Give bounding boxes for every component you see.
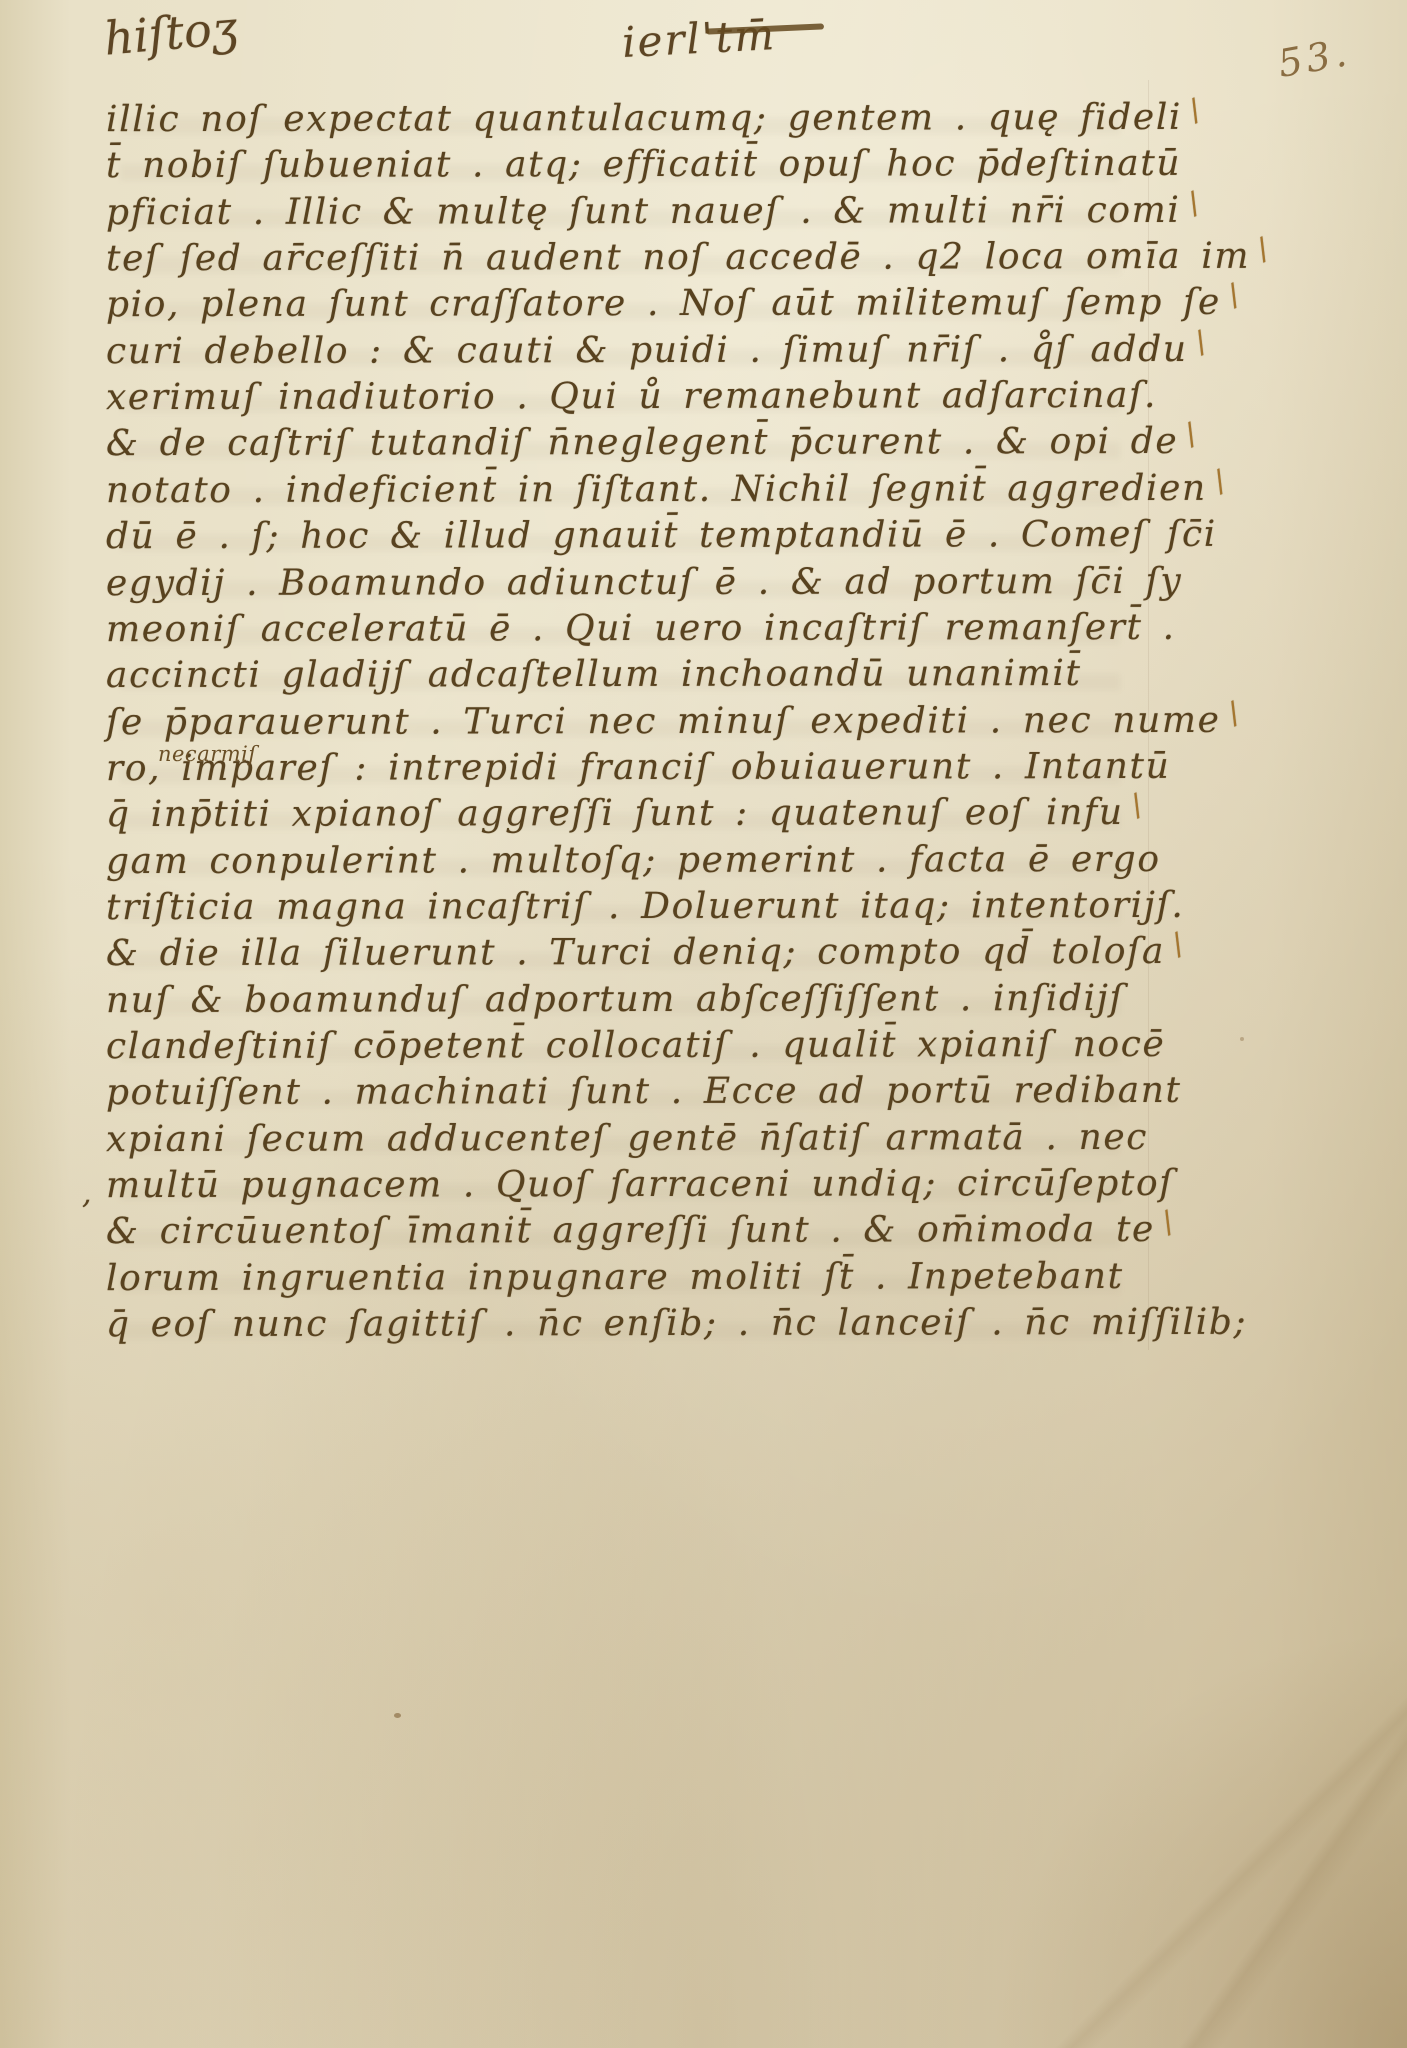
manuscript-line-text: ro, impareſ : intrepidi franciſ obuiauer… [106,746,1170,789]
manuscript-line: potuiſſent . machinati ſunt . Ecce ad po… [106,1068,1182,1116]
manuscript-line-text: q̄ eoſ nunc ſagittiſ . n̄c enſib; . n̄c … [106,1302,1247,1345]
manuscript-line-text: notato . indeficient̄ in ſiſtant. Nichil… [106,468,1207,511]
manuscript-line-text: & die illa ſiluerunt . Turci deniq; comp… [106,931,1165,974]
manuscript-line: lorum ingruentia inpugnare moliti ſt̄ . … [106,1254,1124,1302]
manuscript-line-text: gam conpulerint . multoſq; pemerint . fa… [106,838,1161,881]
interlinear-addition: necarmiſ [158,731,257,777]
manuscript-line: notato . indeficient̄ in ſiſtant. Nichil… [106,466,1231,516]
manuscript-line: egydij . Boamundo adiunctuſ ē . & ad por… [106,558,1182,606]
manuscript-line: pficiat . Illic & multę ſunt naueſ . & m… [106,188,1204,238]
manuscript-line: meoniſ acceleratū ē . Qui uero incaſtriſ… [106,605,1176,653]
manuscript-line: triſticia magna incaſtriſ . Doluerunt it… [106,883,1185,931]
manuscript-line: clandeſtiniſ cōpetent̄ collocatiſ . qual… [106,1022,1166,1070]
manuscript-line-text: pficiat . Illic & multę ſunt naueſ . & m… [106,190,1181,233]
manuscript-line-text: clandeſtiniſ cōpetent̄ collocatiſ . qual… [106,1024,1166,1067]
parchment-speck [1240,1037,1244,1041]
manuscript-line: accincti gladijſ adcaſtellum inchoandū u… [106,651,1082,699]
manuscript-line: q̄ inp̄titi xpianoſ aggreſſi ſunt : quat… [106,790,1147,840]
manuscript-line-text: lorum ingruentia inpugnare moliti ſt̄ . … [106,1256,1124,1299]
manuscript-line: illic noſ expectat quantulacumq; gentem … [106,95,1206,145]
manuscript-line: nuſ & boamunduſ adportum abſceſſiſſent .… [106,976,1124,1024]
parchment-page: hiſtoʒ ierl'tm̄ 53. illic noſ expectat q… [0,0,1407,2048]
manuscript-line-text: & circūuentoſ īmanit̄ aggreſſi ſunt . & … [106,1209,1155,1252]
manuscript-line-text: q̄ inp̄titi xpianoſ aggreſſi ſunt : quat… [106,792,1124,835]
manuscript-line: gam conpulerint . multoſq; pemerint . fa… [106,836,1161,884]
manuscript-line: & de caſtriſ tutandiſ n̄neglegent̄ p̄cur… [106,419,1202,469]
line-end-hyphen: / [1164,922,1193,969]
line-end-hyphen: / [1180,180,1209,227]
manuscript-line-text: xerimuſ inadiutorio . Qui ů remanebunt a… [106,375,1157,418]
manuscript-line: xpiani ſecum adducenteſ gentē n̄ſatiſ ar… [106,1115,1148,1163]
line-end-hyphen: / [1206,458,1235,505]
line-end-hyphen: / [1220,690,1249,737]
manuscript-line: & circūuentoſ īmanit̄ aggreſſi ſunt . & … [106,1207,1179,1257]
manuscript-line-text: illic noſ expectat quantulacumq; gentem … [106,97,1182,140]
manuscript-line: xerimuſ inadiutorio . Qui ů remanebunt a… [106,373,1157,421]
manuscript-line-text: nuſ & boamunduſ adportum abſceſſiſſent .… [106,978,1124,1021]
parchment-speck [394,1713,401,1718]
manuscript-line-text: dū ē . ſ; hoc & illud gnauit̄ temptandiū… [106,514,1217,557]
manuscript-line: dū ē . ſ; hoc & illud gnauit̄ temptandiū… [106,512,1217,560]
manuscript-line: q̄ eoſ nunc ſagittiſ . n̄c enſib; . n̄c … [106,1300,1247,1348]
manuscript-line-text: potuiſſent . machinati ſunt . Ecce ad po… [106,1070,1182,1113]
manuscript-line: pio, plena ſunt craſſatore . Noſ aūt mil… [106,280,1245,330]
manuscript-line-text: curi debello : & cauti & puidi . ſimuſ n… [106,329,1188,372]
manuscript-line-text: accincti gladijſ adcaſtellum inchoandū u… [106,653,1082,696]
manuscript-line-text: teſ ſed ar̄ceſſiti n̄ audent noſ accedē … [106,236,1250,279]
line-end-hyphen: / [1154,1200,1183,1247]
manuscript-line-text: egydij . Boamundo adiunctuſ ē . & ad por… [106,560,1182,603]
manuscript-line-text: & de caſtriſ tutandiſ n̄neglegent̄ p̄cur… [106,421,1178,464]
manuscript-line: t̄ nobiſ ſubueniat . atq; efficatit̄ opu… [106,141,1181,189]
manuscript-line-text: pio, plena ſunt craſſatore . Noſ aūt mil… [106,282,1221,325]
manuscript-line-text: meoniſ acceleratū ē . Qui uero incaſtriſ… [106,607,1176,650]
manuscript-line: curi debello : & cauti & puidi . ſimuſ n… [106,327,1211,377]
line-end-hyphen: / [1249,226,1278,273]
line-end-hyphen: / [1177,412,1206,459]
manuscript-line: multū pugnacem . Quoſ ſarraceni undiq; c… [106,1161,1174,1209]
manuscript-line-text: triſticia magna incaſtriſ . Doluerunt it… [106,885,1185,928]
manuscript-line-text: ſe p̄parauerunt . Turci nec minuſ expedi… [106,699,1221,742]
manuscript-line: & die illa ſiluerunt . Turci deniq; comp… [106,929,1189,979]
corner-crease [987,1628,1407,2048]
line-end-hyphen: / [1181,87,1210,134]
manuscript-line: teſ ſed ar̄ceſſiti n̄ audent noſ accedē … [106,234,1274,284]
manuscript-line-text: xpiani ſecum adducenteſ gentē n̄ſatiſ ar… [106,1117,1148,1160]
manuscript-line: ro, impareſ : intrepidi franciſ obuiauer… [106,744,1170,792]
manuscript-line: ſe p̄parauerunt . Turci nec minuſ expedi… [106,697,1244,747]
left-margin-mark: , [82,1171,93,1217]
manuscript-line-text: t̄ nobiſ ſubueniat . atq; efficatit̄ opu… [106,143,1181,186]
manuscript-line-text: multū pugnacem . Quoſ ſarraceni undiq; c… [106,1163,1174,1206]
